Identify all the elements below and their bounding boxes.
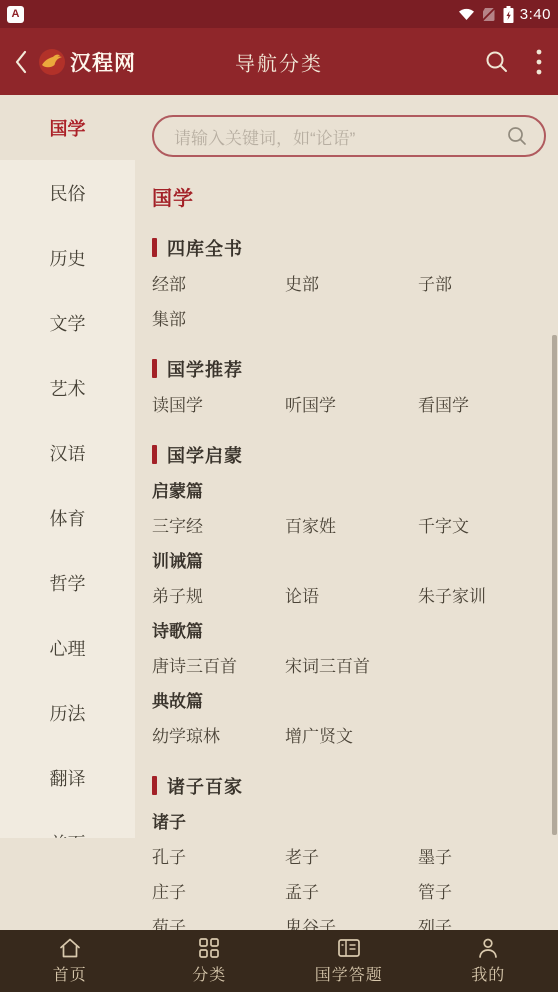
sidebar-item-文学[interactable]: 文学 <box>0 290 135 355</box>
category-link-看国学[interactable]: 看国学 <box>418 386 546 421</box>
sidebar-item-历法[interactable]: 历法 <box>0 680 135 745</box>
category-link-子部[interactable]: 子部 <box>418 265 546 300</box>
sidebar-item-label: 文学 <box>50 310 86 336</box>
category-link-论语[interactable]: 论语 <box>285 577 418 612</box>
back-icon <box>14 49 28 75</box>
section-header-国学推荐: 国学推荐 <box>152 351 546 386</box>
category-link-朱子家训[interactable]: 朱子家训 <box>418 577 546 612</box>
sidebar-item-体育[interactable]: 体育 <box>0 485 135 550</box>
profile-icon <box>477 937 499 959</box>
app-logo: 汉程网 <box>38 47 136 77</box>
nav-label: 分类 <box>192 962 226 985</box>
nav-label: 我的 <box>471 962 505 985</box>
item-grid: 读国学听国学看国学 <box>152 386 546 421</box>
category-link-史部[interactable]: 史部 <box>285 265 418 300</box>
sidebar-item-艺术[interactable]: 艺术 <box>0 355 135 420</box>
sidebar-item-翻译[interactable]: 翻译 <box>0 745 135 810</box>
nav-item-quiz[interactable]: 国学答题 <box>279 930 419 992</box>
nav-item-categories[interactable]: 分类 <box>140 930 280 992</box>
item-grid: 孔子老子墨子庄子孟子管子荀子鬼谷子列子 <box>152 838 546 943</box>
sidebar-item-label: 历法 <box>50 700 86 726</box>
nav-item-home[interactable]: 首页 <box>0 930 140 992</box>
category-sidebar: 国学民俗历史文学艺术汉语体育哲学心理历法翻译首页 <box>0 95 135 838</box>
page-title: 导航分类 <box>235 47 323 76</box>
sidebar-item-label: 体育 <box>50 505 86 531</box>
overflow-menu-icon <box>536 48 542 76</box>
nav-label: 国学答题 <box>315 962 383 985</box>
category-link-经部[interactable]: 经部 <box>152 265 285 300</box>
category-link-听国学[interactable]: 听国学 <box>285 386 418 421</box>
section-header-国学启蒙: 国学启蒙 <box>152 437 546 472</box>
section-accent-bar <box>152 238 157 257</box>
search-input[interactable]: 请输入关键词，如“论语” <box>152 115 546 157</box>
category-link-宋词三百首[interactable]: 宋词三百首 <box>285 647 418 682</box>
wifi-icon <box>458 7 475 21</box>
bird-logo-icon <box>38 48 66 76</box>
sidebar-item-历史[interactable]: 历史 <box>0 225 135 290</box>
sidebar-item-民俗[interactable]: 民俗 <box>0 160 135 225</box>
category-link-墨子[interactable]: 墨子 <box>418 838 546 873</box>
status-bar: A 3:40 <box>0 0 558 28</box>
sidebar-item-label: 历史 <box>50 245 86 271</box>
category-link-千字文[interactable]: 千字文 <box>418 507 546 542</box>
app-header: 汉程网 导航分类 <box>0 28 558 95</box>
brand-name: 汉程网 <box>70 47 136 77</box>
sidebar-item-国学[interactable]: 国学 <box>0 95 135 160</box>
content-panel: 请输入关键词，如“论语” 国学 四库全书经部史部子部集部国学推荐读国学听国学看国… <box>135 95 558 992</box>
item-grid: 经部史部子部集部 <box>152 265 546 335</box>
group-subheader-典故篇: 典故篇 <box>152 682 546 717</box>
section-title: 四库全书 <box>167 235 243 261</box>
item-grid: 三字经百家姓千字文 <box>152 507 546 542</box>
section-header-诸子百家: 诸子百家 <box>152 768 546 803</box>
scrollbar-thumb[interactable] <box>552 335 557 835</box>
section-title: 国学推荐 <box>167 356 243 382</box>
group-subheader-诗歌篇: 诗歌篇 <box>152 612 546 647</box>
sidebar-item-label: 国学 <box>50 115 86 141</box>
sidebar-item-label: 民俗 <box>50 180 86 206</box>
header-search-button[interactable] <box>484 49 510 75</box>
category-link-增广贤文[interactable]: 增广贤文 <box>285 717 418 752</box>
category-link-读国学[interactable]: 读国学 <box>152 386 285 421</box>
no-sim-icon <box>481 7 497 22</box>
section-title: 国学启蒙 <box>167 442 243 468</box>
item-grid: 唐诗三百首宋词三百首 <box>152 647 546 682</box>
item-grid: 弟子规论语朱子家训 <box>152 577 546 612</box>
category-link-孔子[interactable]: 孔子 <box>152 838 285 873</box>
bottom-nav: 首页 分类 国学答题 <box>0 930 558 992</box>
group-subheader-诸子: 诸子 <box>152 803 546 838</box>
sidebar-item-label: 翻译 <box>50 765 86 791</box>
sidebar-item-心理[interactable]: 心理 <box>0 615 135 680</box>
notification-app-icon: A <box>7 6 24 23</box>
category-link-老子[interactable]: 老子 <box>285 838 418 873</box>
search-icon <box>484 49 510 75</box>
item-grid: 幼学琼林增广贤文 <box>152 717 546 752</box>
grid-icon <box>198 937 220 959</box>
clock: 3:40 <box>520 6 551 23</box>
category-title: 国学 <box>152 179 546 214</box>
nav-item-profile[interactable]: 我的 <box>419 930 558 992</box>
sidebar-item-label: 哲学 <box>50 570 86 596</box>
category-link-庄子[interactable]: 庄子 <box>152 873 285 908</box>
battery-charging-icon <box>503 6 514 23</box>
sidebar-item-label: 汉语 <box>50 440 86 466</box>
category-sections: 四库全书经部史部子部集部国学推荐读国学听国学看国学国学启蒙启蒙篇三字经百家姓千字… <box>152 230 546 943</box>
category-link-幼学琼林[interactable]: 幼学琼林 <box>152 717 285 752</box>
sidebar-item-label: 首页 <box>50 830 86 839</box>
section-title: 诸子百家 <box>167 773 243 799</box>
phone-screen: A 3:40 <box>0 0 558 992</box>
category-link-集部[interactable]: 集部 <box>152 300 285 335</box>
overflow-menu-button[interactable] <box>536 48 542 76</box>
category-link-三字经[interactable]: 三字经 <box>152 507 285 542</box>
nav-label: 首页 <box>53 962 87 985</box>
category-link-孟子[interactable]: 孟子 <box>285 873 418 908</box>
sidebar-item-首页[interactable]: 首页 <box>0 810 135 838</box>
section-accent-bar <box>152 776 157 795</box>
sidebar-item-哲学[interactable]: 哲学 <box>0 550 135 615</box>
category-link-弟子规[interactable]: 弟子规 <box>152 577 285 612</box>
back-button[interactable] <box>14 49 28 75</box>
page-body: 国学民俗历史文学艺术汉语体育哲学心理历法翻译首页 请输入关键词，如“论语” 国学… <box>0 95 558 992</box>
quiz-icon <box>337 937 361 959</box>
sidebar-item-label: 艺术 <box>50 375 86 401</box>
home-icon <box>58 937 82 959</box>
category-link-管子[interactable]: 管子 <box>418 873 546 908</box>
group-subheader-训诫篇: 训诫篇 <box>152 542 546 577</box>
sidebar-item-label: 心理 <box>50 635 86 661</box>
section-header-四库全书: 四库全书 <box>152 230 546 265</box>
search-placeholder: 请输入关键词，如“论语” <box>174 124 506 149</box>
category-link-百家姓[interactable]: 百家姓 <box>285 507 418 542</box>
magnifier-icon <box>506 125 528 147</box>
section-accent-bar <box>152 445 157 464</box>
group-subheader-启蒙篇: 启蒙篇 <box>152 472 546 507</box>
category-link-唐诗三百首[interactable]: 唐诗三百首 <box>152 647 285 682</box>
sidebar-item-汉语[interactable]: 汉语 <box>0 420 135 485</box>
section-accent-bar <box>152 359 157 378</box>
